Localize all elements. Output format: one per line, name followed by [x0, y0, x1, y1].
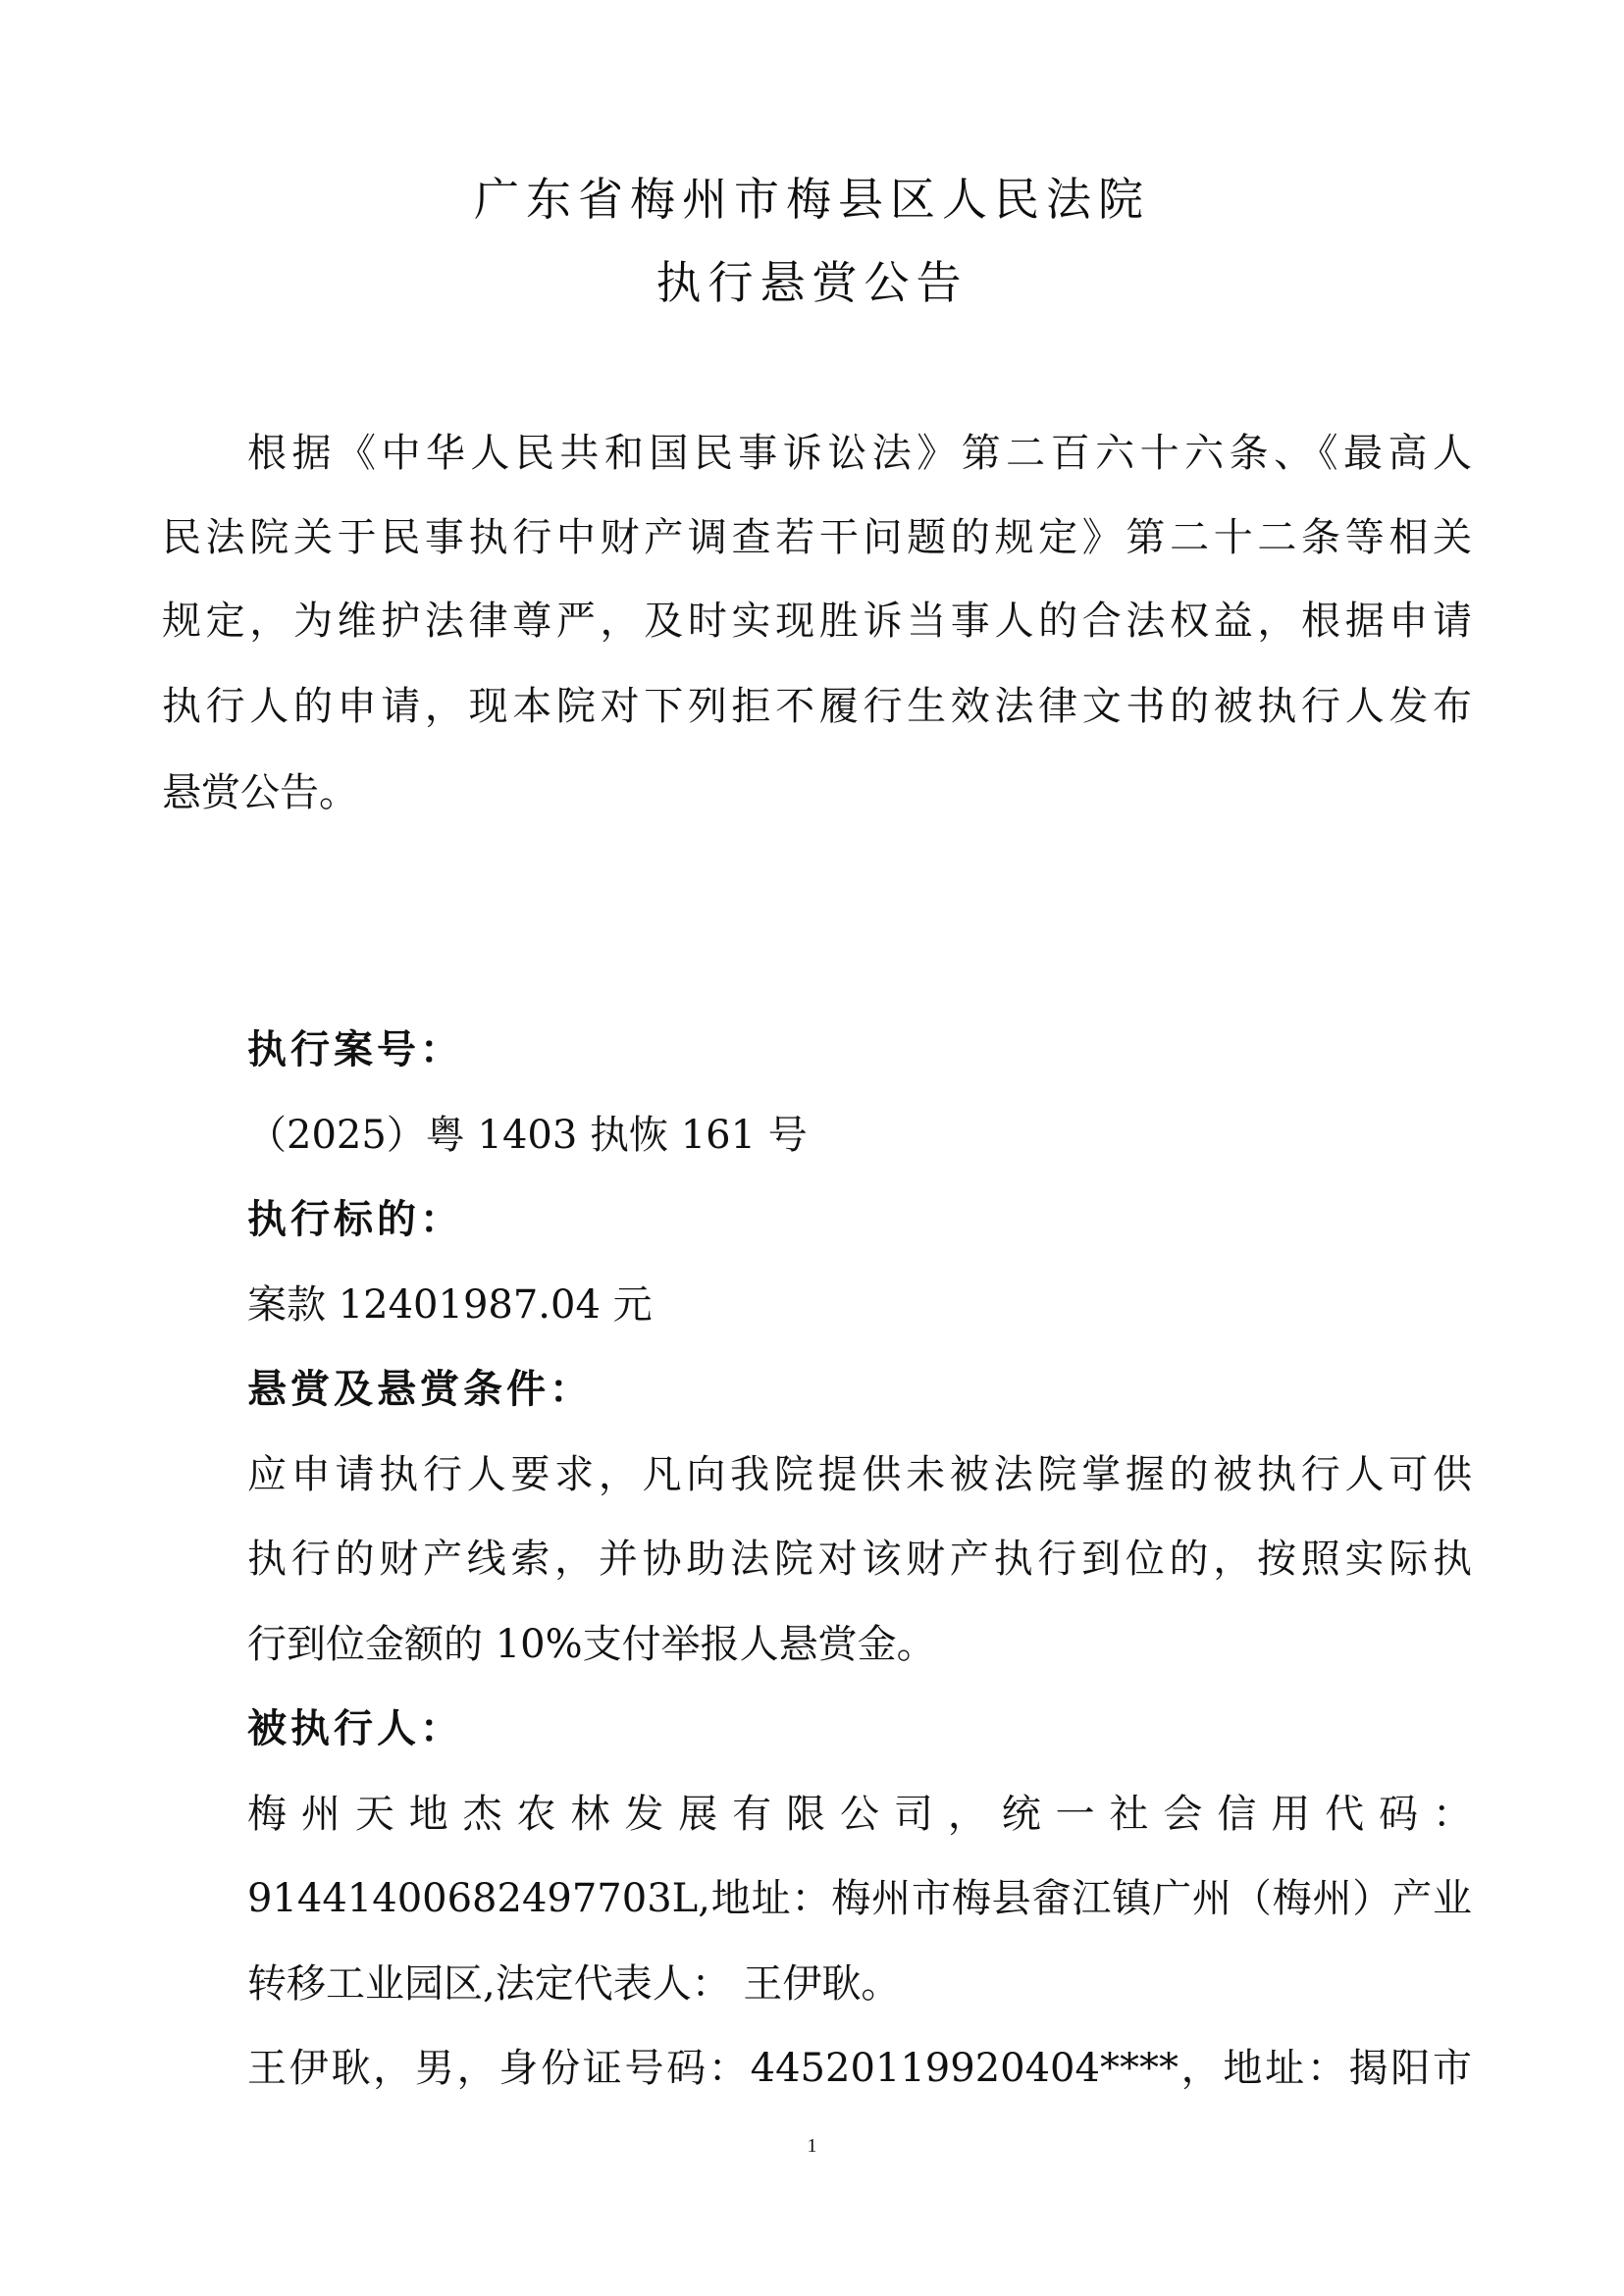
intro-line-3: 规定，为维护法律尊严，及时实现胜诉当事人的合法权益，根据申请 [162, 594, 1472, 649]
reward-conditions-line-1: 应申请执行人要求，凡向我院提供未被法院掌握的被执行人可供 [247, 1447, 1472, 1502]
execution-subject-value: 案款 12401987.04 元 [247, 1278, 653, 1332]
intro-line-2: 民法院关于民事执行中财产调查若干问题的规定》第二十二条等相关 [162, 510, 1472, 565]
court-name-title: 广东省梅州市梅县区人民法院 [0, 170, 1624, 229]
case-number-value: （2025）粤 1403 执恢 161 号 [247, 1108, 808, 1163]
notice-title: 执行悬赏公告 [0, 253, 1624, 312]
intro-line-5: 悬赏公告。 [162, 765, 358, 820]
respondent-line-2: 91441400682497703L,地址：梅州市梅县畲江镇广州（梅州）产业 [247, 1871, 1472, 1926]
intro-line-4: 执行人的申请，现本院对下列拒不履行生效法律文书的被执行人发布 [162, 679, 1472, 734]
page-number: 1 [0, 2131, 1624, 2161]
case-number-heading: 执行案号： [247, 1022, 463, 1077]
reward-conditions-heading: 悬赏及悬赏条件： [247, 1362, 593, 1417]
respondent-line-4: 王伊耿，男，身份证号码：44520119920404****，地址：揭阳市 [247, 2041, 1472, 2096]
respondent-line-3: 转移工业园区,法定代表人： 王伊耿。 [247, 1957, 900, 2011]
reward-conditions-line-3: 行到位金额的 10%支付举报人悬赏金。 [247, 1617, 936, 1672]
document-page: 广东省梅州市梅县区人民法院 执行悬赏公告 根据《中华人民共和国民事诉讼法》第二百… [0, 0, 1624, 2296]
intro-line-1: 根据《中华人民共和国民事诉讼法》第二百六十六条、《最高人 [247, 426, 1472, 481]
execution-subject-heading: 执行标的： [247, 1192, 463, 1247]
reward-conditions-line-2: 执行的财产线索，并协助法院对该财产执行到位的，按照实际执 [247, 1532, 1472, 1587]
respondent-heading: 被执行人： [247, 1701, 463, 1756]
respondent-line-1: 梅州天地杰农林发展有限公司，统一社会信用代码： [247, 1787, 1472, 1842]
